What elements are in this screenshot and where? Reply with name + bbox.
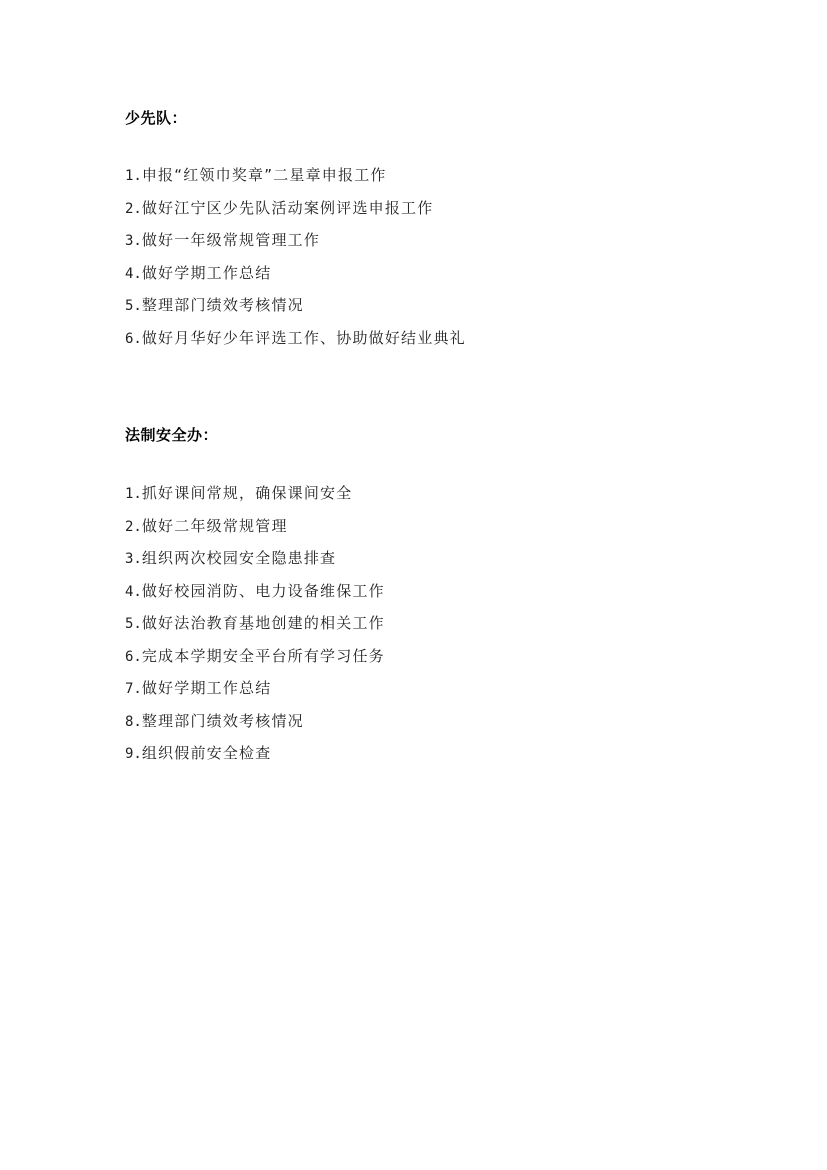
list-item: 5.整理部门绩效考核情况	[125, 289, 466, 322]
list-item: 3.做好一年级常规管理工作	[125, 224, 466, 257]
list-item: 8.整理部门绩效考核情况	[125, 705, 385, 738]
list-item: 3.组织两次校园安全隐患排查	[125, 542, 385, 575]
list-item: 2.做好二年级常规管理	[125, 510, 385, 543]
section-young-pioneers: 少先队： 1.申报“红领巾奖章”二星章申报工作 2.做好江宁区少先队活动案例评选…	[125, 108, 187, 128]
section-title: 少先队：	[125, 108, 187, 128]
list-item: 2.做好江宁区少先队活动案例评选申报工作	[125, 192, 466, 225]
list-item: 4.做好学期工作总结	[125, 257, 466, 290]
list-item: 6.完成本学期安全平台所有学习任务	[125, 640, 385, 673]
list-item: 1.申报“红领巾奖章”二星章申报工作	[125, 159, 466, 192]
list-item: 1.抓好课间常规，确保课间安全	[125, 477, 385, 510]
list-item: 5.做好法治教育基地创建的相关工作	[125, 607, 385, 640]
task-list: 1.申报“红领巾奖章”二星章申报工作 2.做好江宁区少先队活动案例评选申报工作 …	[125, 159, 466, 354]
list-item: 9.组织假前安全检查	[125, 737, 385, 770]
section-title: 法制安全办：	[125, 425, 218, 445]
list-item: 6.做好月华好少年评选工作、协助做好结业典礼	[125, 322, 466, 355]
section-legal-safety-office: 法制安全办： 1.抓好课间常规，确保课间安全 2.做好二年级常规管理 3.组织两…	[125, 425, 218, 445]
task-list: 1.抓好课间常规，确保课间安全 2.做好二年级常规管理 3.组织两次校园安全隐患…	[125, 477, 385, 770]
document-page: 少先队： 1.申报“红领巾奖章”二星章申报工作 2.做好江宁区少先队活动案例评选…	[0, 0, 827, 1170]
list-item: 7.做好学期工作总结	[125, 672, 385, 705]
list-item: 4.做好校园消防、电力设备维保工作	[125, 575, 385, 608]
